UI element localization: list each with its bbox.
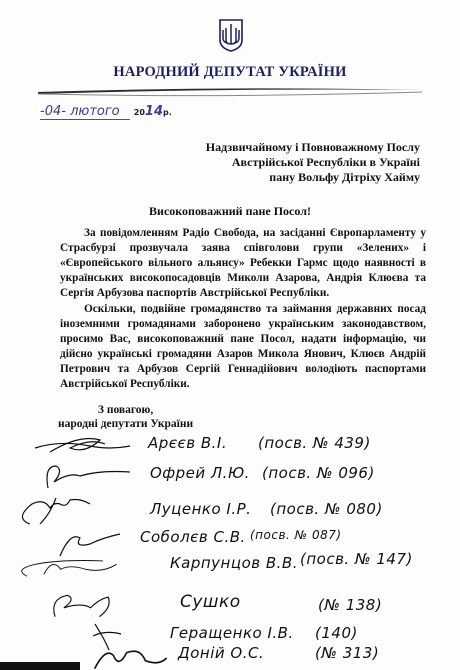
signatory-name: Геращенко І.В. xyxy=(170,624,294,642)
signature-row: Офрей Л.Ю. (посв. № 096) xyxy=(0,460,460,490)
handwritten-signature xyxy=(40,590,150,622)
handwritten-signature xyxy=(10,550,120,582)
signatory-name: Луценко І.Р. xyxy=(150,500,251,518)
body-paragraph: За повідомленням Радіо Свобода, на засід… xyxy=(60,226,426,301)
handwritten-signature xyxy=(10,494,120,526)
handwritten-signature xyxy=(40,460,150,492)
signatory-id: (140) xyxy=(315,624,358,642)
scan-edge xyxy=(0,662,80,670)
addressee-line: пану Вольфу Дітріху Хайму xyxy=(206,170,420,185)
signatory-name: Арєєв В.І. xyxy=(148,434,227,452)
date-year-prefix: 20 xyxy=(134,108,145,117)
date-year-suffix: 14 xyxy=(145,104,163,119)
signatory-id: (посв. № 439) xyxy=(258,434,371,452)
letterhead-divider xyxy=(38,86,422,98)
signatory-id: (№ 138) xyxy=(318,596,382,614)
handwritten-signature xyxy=(30,430,140,462)
date-year-unit: р. xyxy=(163,108,172,117)
addressee-block: Надзвичайному і Повноважному Послу Австр… xyxy=(206,140,420,185)
signature-row: Сушко (№ 138) xyxy=(0,590,460,620)
ukraine-trident-icon xyxy=(218,18,244,52)
signature-row: Луценко І.Р. (посв. № 080) xyxy=(0,494,460,524)
signatory-id: (посв. № 087) xyxy=(250,528,342,542)
signatory-id: (№ 313) xyxy=(315,644,379,662)
signature-row: Карпунцов В.В. (посв. № 147) xyxy=(0,550,460,580)
signatory-id: (посв. № 147) xyxy=(300,550,413,568)
signatory-name: Офрей Л.Ю. xyxy=(150,464,250,482)
letterhead-title: НАРОДНИЙ ДЕПУТАТ УКРАЇНИ xyxy=(0,64,460,81)
signatory-id: (посв. № 080) xyxy=(270,500,383,518)
closing-regards: З повагою, xyxy=(58,403,193,417)
closing-block: З повагою, народні депутати України xyxy=(58,403,193,431)
letter-date: -04- лютого 2014р. xyxy=(40,104,172,120)
salutation: Високоповажний пане Посол! xyxy=(0,204,460,219)
addressee-line: Австрійської Республіки в Україні xyxy=(206,155,420,170)
signatory-name: Карпунцов В.В. xyxy=(170,554,298,572)
signatory-id: (посв. № 096) xyxy=(262,464,375,482)
body-paragraph: Оскільки, подвійне громадянство та займа… xyxy=(60,302,426,392)
date-day: -04- xyxy=(40,104,66,119)
signature-row: Арєєв В.І. (посв. № 439) xyxy=(0,430,460,460)
closing-signatories: народні депутати України xyxy=(58,417,193,431)
addressee-line: Надзвичайному і Повноважному Послу xyxy=(206,140,420,155)
signatory-name: Сушко xyxy=(180,592,241,612)
date-month: лютого xyxy=(70,104,120,119)
letter-page: НАРОДНИЙ ДЕПУТАТ УКРАЇНИ -04- лютого 201… xyxy=(0,0,460,670)
signatory-name: Доній О.С. xyxy=(178,644,264,662)
signatory-name: Соболєв С.В. xyxy=(140,528,246,546)
